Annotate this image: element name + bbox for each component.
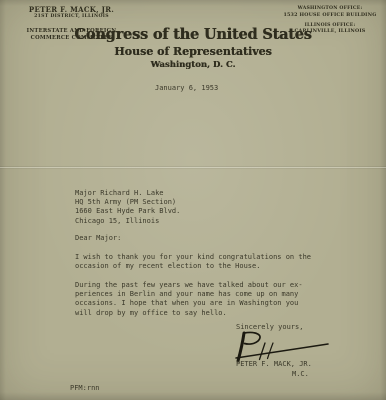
letterhead-center: Congress of the United States House of R… [0, 27, 386, 70]
letterhead-house: House of Representatives [0, 45, 386, 58]
date-line: January 6, 1953 [155, 84, 218, 93]
signature [233, 331, 331, 363]
body-paragraph-2: During the past few years we have talked… [75, 281, 325, 318]
salutation: Dear Major: [75, 234, 121, 243]
fold-crease [0, 166, 386, 170]
body-paragraph-1: I wish to thank you for your kind congra… [75, 253, 325, 271]
letterhead-city: Washington, D. C. [0, 60, 386, 70]
recipient-address: Major Richard H. Lake HQ 5th Army (PM Se… [75, 189, 180, 226]
letterhead-congress: Congress of the United States [0, 27, 386, 43]
washington-office-address: 1532 HOUSE OFFICE BUILDING [280, 12, 380, 18]
sender-district: 21ST DISTRICT, ILLINOIS [14, 14, 129, 20]
reference-initials: PFM:rnn [70, 384, 100, 393]
sender-name: PETER F. MACK, JR. [14, 6, 129, 14]
signer-title: M.C. [292, 370, 309, 379]
signed-name: PETER F. MACK, JR. [236, 360, 312, 369]
letter-document: PETER F. MACK, JR. 21ST DISTRICT, ILLINO… [0, 0, 386, 400]
